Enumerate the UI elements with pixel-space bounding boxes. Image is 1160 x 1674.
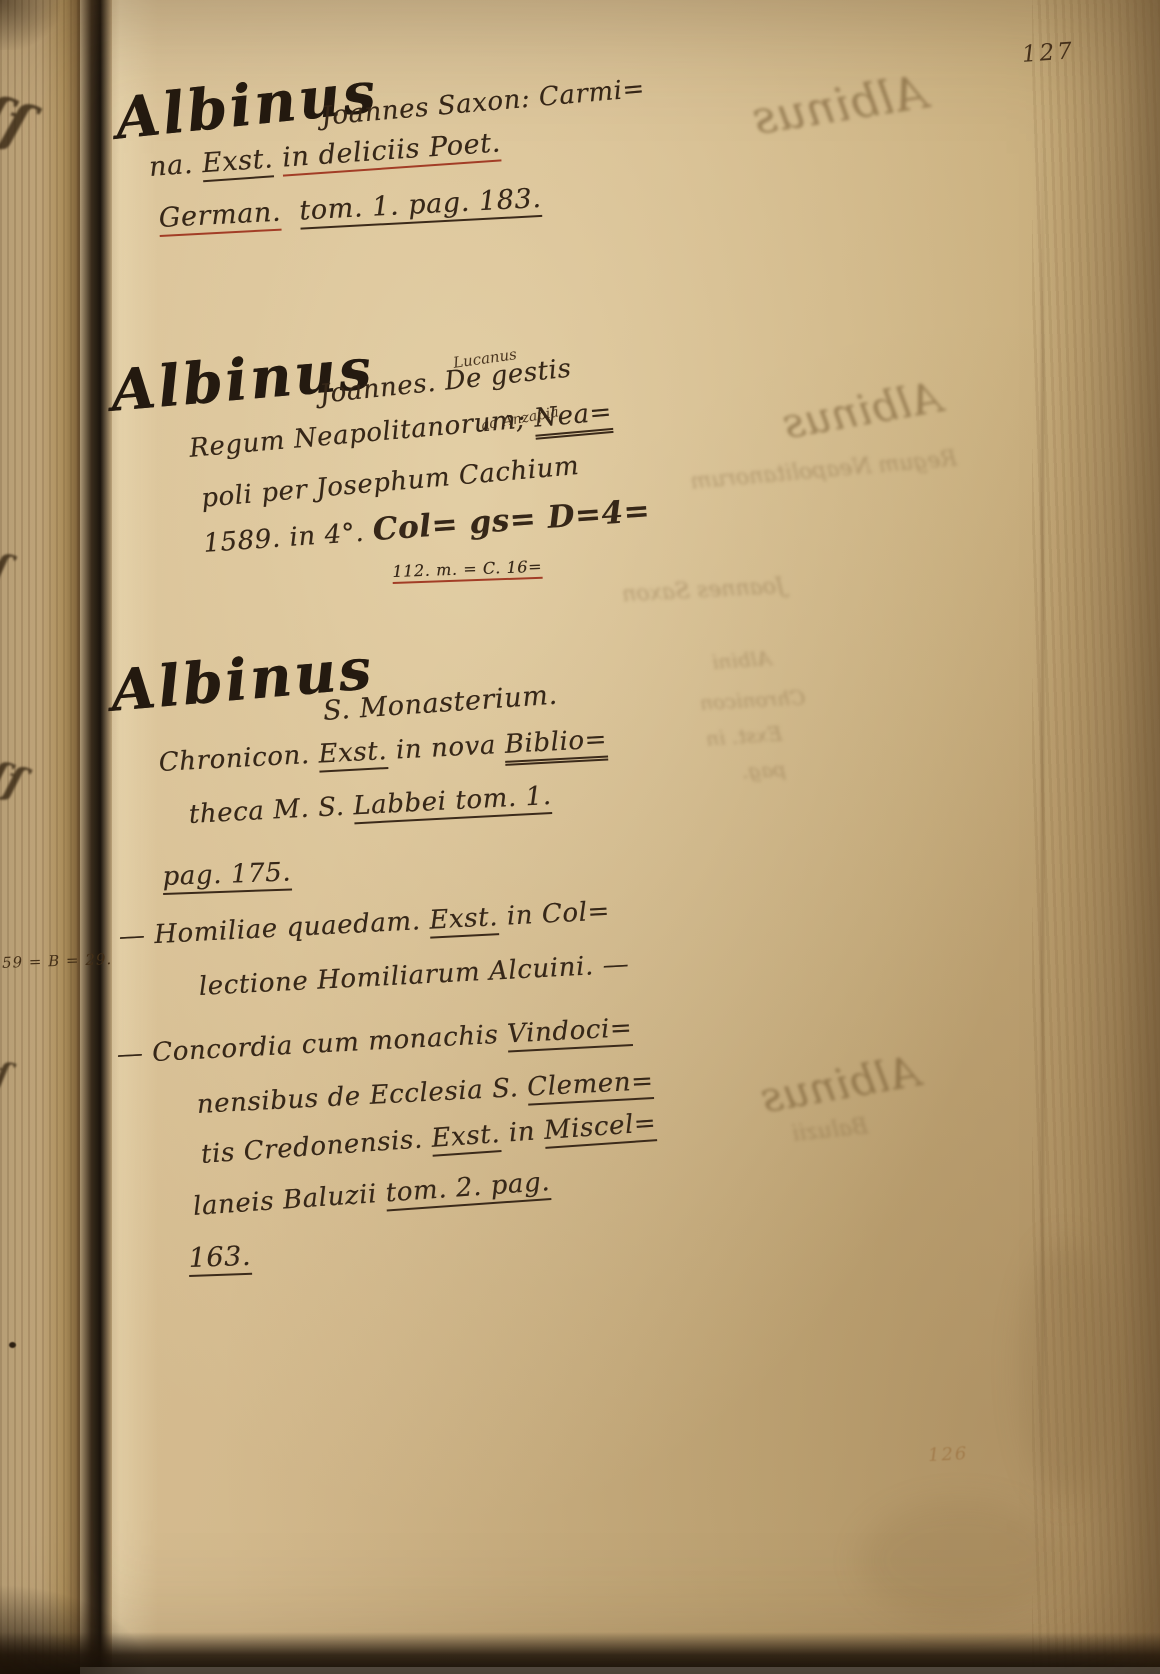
entry-line-segment: Miscel= <box>543 1108 658 1149</box>
ink-offset-ghost: Exst. in <box>705 721 783 750</box>
entry-line: — Concordia cum monachis Vindoci= <box>116 1013 633 1070</box>
entry-line-segment: tom. 1. pag. 183. <box>299 183 543 230</box>
folio-number: 127 <box>1021 38 1076 68</box>
entry-line: Chronicon. Exst. in nova Biblio= <box>158 725 608 778</box>
entry-line: — Homiliae quaedam. Exst. in Col= <box>118 896 611 952</box>
ink-dot <box>9 1342 16 1348</box>
entry-line: 112. m. = C. 16= <box>392 557 542 581</box>
entry-line-segment: pag. 175. <box>162 858 292 895</box>
ink-offset-ghost: Baluzii <box>791 1114 869 1147</box>
entry-line-segment: German. <box>158 197 282 237</box>
entry-line-segment: Exst. <box>430 1119 501 1157</box>
prev-folio-number: 126 <box>927 1443 968 1466</box>
entry-line-segment: Nea= <box>533 397 614 440</box>
entry-line-segment: Labbei tom. 1. <box>352 781 552 824</box>
manuscript-page: 127 126 59 = B = 29. Albinus Albinus Reg… <box>0 0 1160 1674</box>
entry-line-segment: in Col= <box>497 896 610 932</box>
entry-line-segment: nensibus de Ecclesia S. <box>196 1073 528 1120</box>
entry-line-segment: — Concordia cum monachis <box>116 1020 508 1070</box>
entry-line: lectione Homiliarum Alcuini. — <box>198 949 630 1002</box>
entry-line-segment: Chronicon. <box>158 740 319 778</box>
entry-line-segment: in nova <box>386 730 505 766</box>
entry-line-segment: Exst. <box>318 736 388 773</box>
ink-offset-ghost: Regum Neapolitanorum <box>689 446 958 494</box>
entry-line-segment: na. <box>148 148 203 183</box>
entry-line-segment: tom. 2. pag. <box>385 1167 552 1211</box>
paper-stain <box>1020 1240 1110 1500</box>
entry-line-segment: 1589. in 4°. <box>202 517 374 559</box>
entry-line-segment: Clemen= <box>526 1066 654 1106</box>
entry-line-segment <box>280 196 300 228</box>
previous-page-edges <box>0 0 80 1674</box>
entry-line-segment: laneis Baluzii <box>192 1179 387 1222</box>
ink-offset-ghost: Chronicon <box>699 685 805 714</box>
photo-vignette <box>0 0 1160 1674</box>
entry-line: tis Credonensis. Exst. in Miscel= <box>200 1108 657 1170</box>
entry-line-segment: — Homiliae quaedam. <box>118 906 430 952</box>
ink-offset-ghost: Albinus <box>749 65 930 146</box>
entry-line-segment: lectione Homiliarum Alcuini. — <box>198 949 630 1002</box>
entry-line-segment: Biblio= <box>504 725 608 766</box>
entry-line-segment: tis Credonensis. <box>200 1124 433 1170</box>
entry-line-segment: 163. <box>188 1241 252 1277</box>
entry-line-segment: Exst. <box>429 902 499 939</box>
entry-line: 163. <box>188 1241 252 1274</box>
corner-shadow-bottom-left <box>0 1584 150 1674</box>
entry-line-segment: theca M. S. <box>188 791 354 830</box>
entry-line-segment: Col= gs= D=4= <box>371 493 651 548</box>
entry-line-segment: Vindoci= <box>506 1013 633 1053</box>
ink-offset-ghost: Albini <box>711 646 772 674</box>
entry-line-segment: in deliciis Poet. <box>281 127 502 176</box>
page-curl-highlight <box>112 0 158 1674</box>
ink-offset-ghost: Albinus <box>779 373 945 449</box>
scanner-bed-strip <box>80 1667 1160 1674</box>
entry-line-segment: Exst. <box>201 143 274 182</box>
ink-offset-ghost: pag. <box>741 757 786 783</box>
entry-line: laneis Baluzii tom. 2. pag. <box>192 1167 551 1222</box>
corner-shadow-top-left <box>0 0 60 50</box>
paper-stain <box>860 1500 1060 1620</box>
ink-offset-ghost: Albinus <box>757 1047 923 1123</box>
entry-line: German. tom. 1. pag. 183. <box>158 183 542 234</box>
entry-line: theca M. S. Labbei tom. 1. <box>188 781 552 830</box>
entry-line: pag. 175. <box>162 858 292 892</box>
entry-line: nensibus de Ecclesia S. Clemen= <box>196 1066 654 1120</box>
entry-line-segment: 112. m. = C. 16= <box>392 557 542 584</box>
ink-offset-ghost: Joannes Saxon <box>621 574 785 607</box>
shelfmark-note: 59 = B = 29. <box>2 950 113 972</box>
entry-line-segment: in <box>499 1116 545 1149</box>
